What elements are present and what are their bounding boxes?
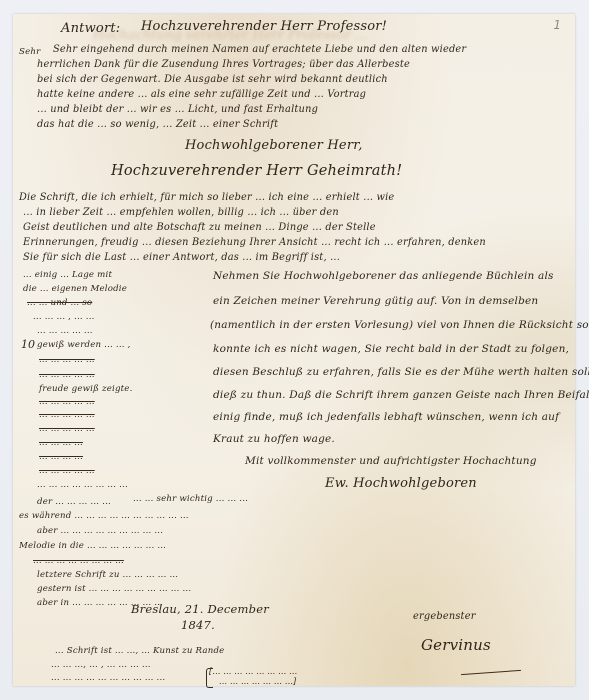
body-line: ein Zeichen meiner Verehrung gütig auf. … [213, 295, 538, 307]
margin-note-struck: ... ... ... ... [39, 452, 83, 462]
draft-line: hatte keine andere ... als eine sehr zuf… [37, 89, 366, 100]
intro-line: Erinnerungen, freudig ... diesen Beziehu… [23, 237, 486, 248]
draft-line: Sehr eingehend durch meinen Namen auf er… [53, 44, 466, 55]
bracket-mark [206, 668, 213, 688]
postscript-line: Melodie in die ... ... ... ... ... ... .… [19, 541, 166, 551]
postscript-line: letztere Schrift zu ... ... ... ... ... [37, 570, 178, 580]
footer-note: ... Schrift ist ... ..., ... Kunst zu Ra… [55, 646, 224, 656]
answer-salutation: Hochzuverehrender Herr Professor! [141, 19, 387, 34]
margin-note-struck: ... ... ... ... ... [39, 466, 95, 476]
margin-word: Sehr [19, 47, 40, 57]
margin-note: ... ... ... ... ... ... ... ... [37, 480, 128, 490]
margin-note-struck: ... ... ... ... [39, 438, 83, 448]
signature: Gervinus [421, 636, 491, 654]
year: 1847. [181, 618, 215, 632]
postscript-line: ... ... sehr wichtig ... ... ... [133, 494, 248, 504]
body-line: (namentlich in der ersten Vorlesung) vie… [210, 319, 589, 331]
postscript-line: aber ... ... ... ... ... ... ... ... ... [37, 526, 163, 536]
intro-line: Geist deutlichen und alte Botschaft zu m… [23, 222, 376, 233]
body-line: einig finde, muß ich jedenfalls lebhaft … [213, 411, 559, 423]
footer-bracket-note: [... ... ... ... ... ... ... ... [209, 667, 297, 676]
postscript-line-struck: ... ... ... ... ... ... ... ... [33, 556, 124, 566]
footer-note: ... ... ..., ... , ... ... ... ... [51, 660, 151, 670]
intro-line: Sie für sich die Last ... einer Antwort,… [23, 252, 340, 263]
page-number: 1 [553, 18, 561, 32]
margin-note-struck: ... ... ... ... ... [39, 424, 95, 434]
margin-note-struck: ... ... und ... so [27, 298, 92, 308]
margin-number: 10 [21, 338, 35, 351]
intro-line: Die Schrift, die ich erhielt, für mich s… [19, 192, 394, 203]
margin-note-struck: ... ... ... ... ... [39, 370, 95, 380]
margin-note: freude gewiß zeigte. [39, 384, 133, 394]
margin-note-struck: ... ... ... ... ... [39, 410, 95, 420]
letter-page: 1 Hochachtung verehrter Herr Professor .… [13, 14, 575, 686]
salutation: Hochzuverehrender Herr Geheimrath! [111, 163, 402, 179]
intro-line: ... in lieber Zeit ... empfehlen wollen,… [23, 207, 339, 218]
valediction: ergebenster [413, 611, 476, 622]
answer-label: Antwort: [61, 21, 120, 36]
margin-note: ... einig ... Lage mit [23, 270, 112, 280]
postscript-line: der ... ... ... ... ... [37, 497, 111, 507]
margin-note: ... ... ... , ... ... [33, 312, 95, 322]
margin-note-struck: ... ... ... ... ... [39, 355, 95, 365]
body-line: Nehmen Sie Hochwohlgeborener das anliege… [213, 270, 554, 282]
margin-note-struck: ... ... ... ... ... [39, 397, 95, 407]
body-line: Kraut zu hoffen wage. [213, 433, 335, 445]
footer-note: ... ... ... ... ... ... ... ... ... ... [51, 673, 165, 683]
postscript-line: gestern ist ... ... ... ... ... ... ... … [37, 584, 191, 594]
body-line: konnte ich es nicht wagen, Sie recht bal… [213, 343, 569, 355]
postscript-line: es während ... ... ... ... ... ... ... .… [19, 511, 189, 521]
pen-stroke [461, 670, 521, 675]
draft-line: bei sich der Gegenwart. Die Ausgabe ist … [37, 74, 388, 85]
draft-line: ... und bleibt der ... wir es ... Licht,… [37, 104, 318, 115]
addressee-line: Hochwohlgeborener Herr, [185, 138, 363, 153]
body-line: diesen Beschluß zu erfahren, falls Sie e… [213, 366, 589, 378]
footer-bracket-note: ... ... ... ... ... ... ...] [219, 677, 296, 686]
place-date: Breslau, 21. December [131, 602, 269, 616]
margin-note: gewiß werden ... ... , [37, 340, 131, 350]
margin-note: ... ... ... ... ... [37, 326, 93, 336]
respect-line: Mit vollkommenster und aufrichtigster Ho… [245, 455, 537, 467]
body-line: dieß zu thun. Daß die Schrift ihrem ganz… [213, 389, 589, 401]
draft-line: herrlichen Dank für die Zusendung Ihres … [37, 59, 410, 70]
margin-note: die ... eigenen Melodie [23, 284, 127, 294]
draft-line: das hat die ... so wenig, ... Zeit ... e… [37, 119, 278, 130]
closing-formula: Ew. Hochwohlgeboren [325, 476, 477, 491]
